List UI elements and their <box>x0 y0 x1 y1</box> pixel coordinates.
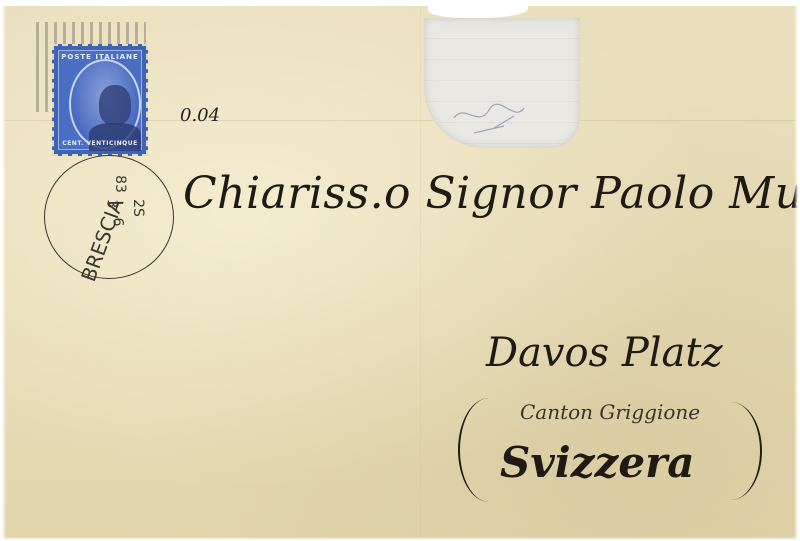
portrait-head-icon <box>99 85 131 125</box>
postmark-year: 83 <box>112 175 128 193</box>
image-border <box>0 537 800 541</box>
inner-letter-sheet <box>424 18 580 148</box>
pencil-note: 0.04 <box>180 105 220 126</box>
stamp-frame: POSTE ITALIANE CENT. VENTICINQUE <box>58 50 142 150</box>
pencil-scribble-icon <box>444 98 554 138</box>
address-recipient: Chiariss.o Signor Paolo Muller <box>183 168 800 219</box>
paper-crease <box>420 0 421 541</box>
address-canton: Canton Griggione <box>520 400 700 424</box>
postmark-city: BRESCIA <box>76 195 128 284</box>
postmark-month: 6 <box>109 218 125 227</box>
image-border <box>0 0 800 6</box>
image-border <box>794 0 800 541</box>
postmark: BRESCIA 3 6 83 2S <box>44 155 174 279</box>
image-border <box>0 0 6 541</box>
envelope: POSTE ITALIANE CENT. VENTICINQUE BRESCIA… <box>0 0 800 541</box>
address-town: Davos Platz <box>486 330 723 376</box>
stamp-portrait <box>69 59 141 149</box>
postage-stamp: POSTE ITALIANE CENT. VENTICINQUE <box>52 44 148 156</box>
right-bracket-flourish <box>700 402 762 500</box>
stamp-text-bottom: CENT. VENTICINQUE <box>59 140 141 147</box>
address-country: Svizzera <box>500 438 694 487</box>
postmark-day: 3 <box>103 200 119 209</box>
postmark-time: 2S <box>130 199 146 217</box>
